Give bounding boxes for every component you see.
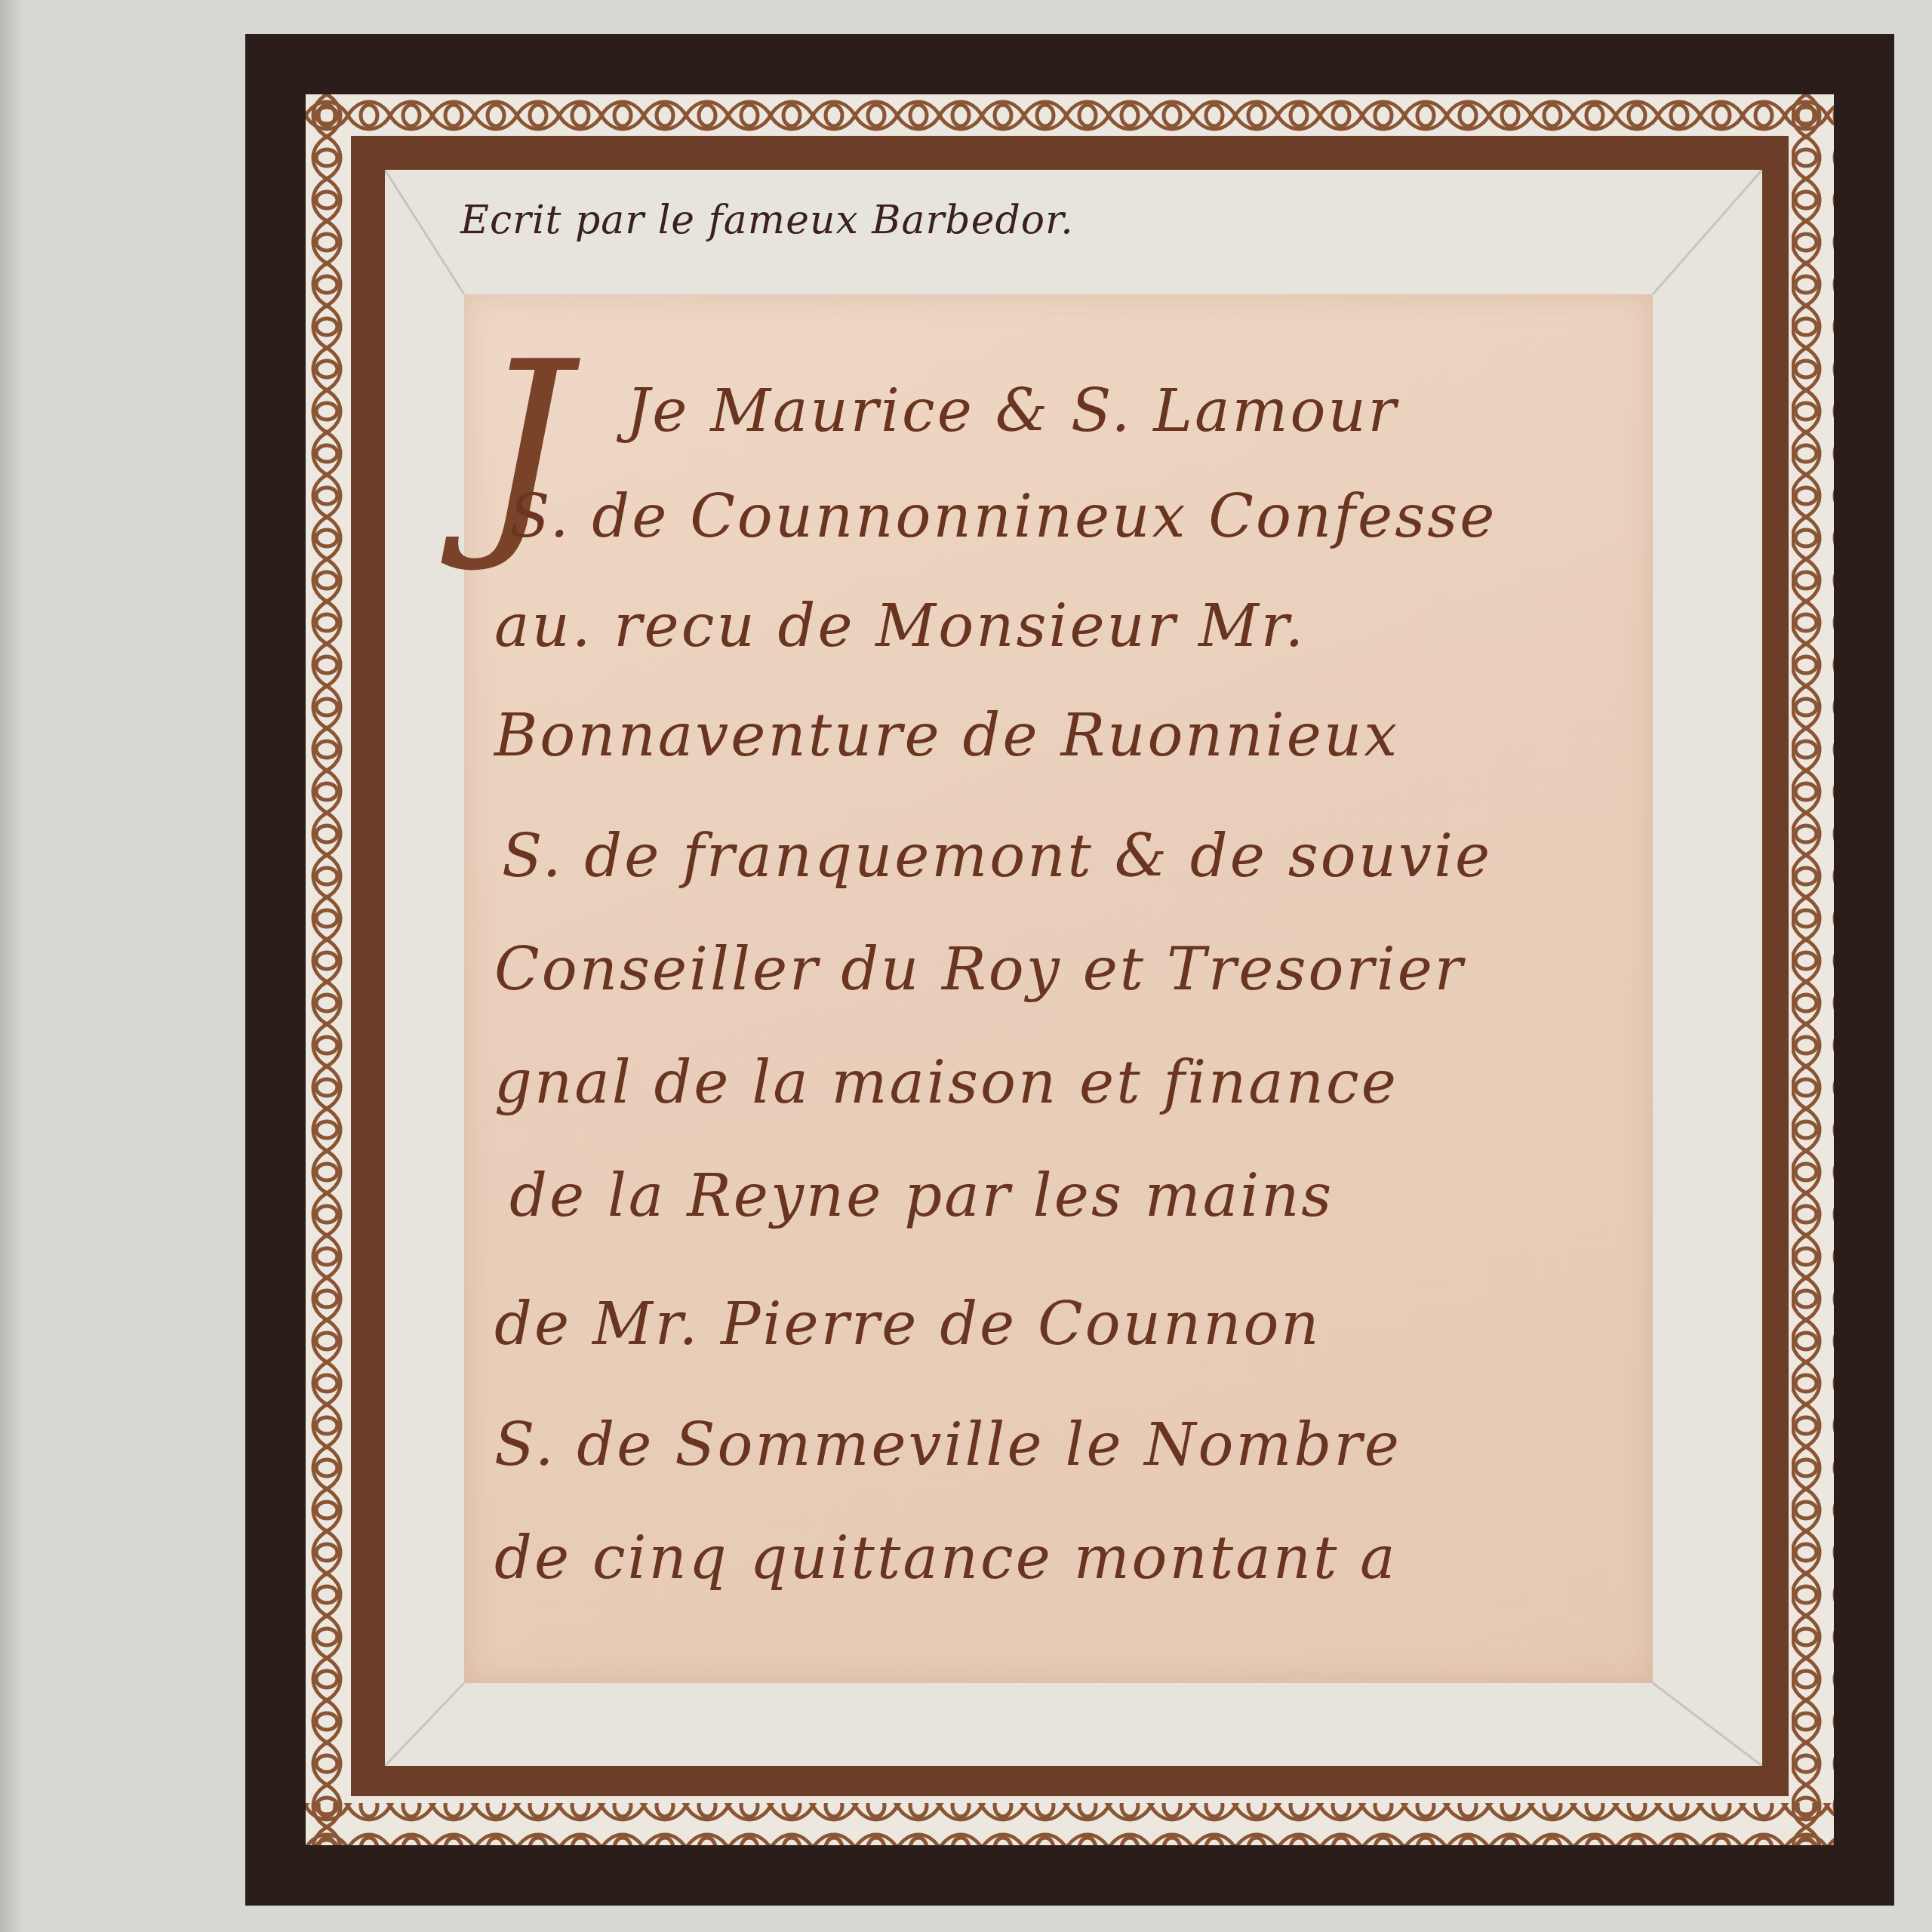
manuscript-line-2: S. de Counnonnineux Confesse [509, 483, 1497, 551]
manuscript-line-9: de Mr. Pierre de Counnon [494, 1291, 1321, 1358]
manuscript-line-4: Bonnaventure de Ruonnieux [494, 702, 1399, 770]
manuscript-line-7: gnal de la maison et finance [494, 1049, 1398, 1117]
manuscript-line-1: Je Maurice & S. Lamour [626, 377, 1398, 445]
manuscript-line-5: S. de franquemont & de souvie [502, 823, 1492, 891]
manuscript-line-8: de la Reyne par les mains [509, 1162, 1334, 1230]
manuscript-line-6: Conseiller du Roy et Tresorier [494, 936, 1465, 1004]
page-edge-shadow [0, 0, 23, 1932]
manuscript-line-3: au. recu de Monsieur Mr. [494, 592, 1306, 660]
manuscript-line-10: S. de Sommeville le Nombre [494, 1411, 1401, 1479]
caption-annotation: Ecrit par le fameux Barbedor. [460, 198, 1074, 243]
manuscript-line-11: de cinq quittance montant a [494, 1524, 1398, 1592]
manuscript-sheet: J Je Maurice & S. Lamour S. de Counnonni… [464, 294, 1653, 1683]
